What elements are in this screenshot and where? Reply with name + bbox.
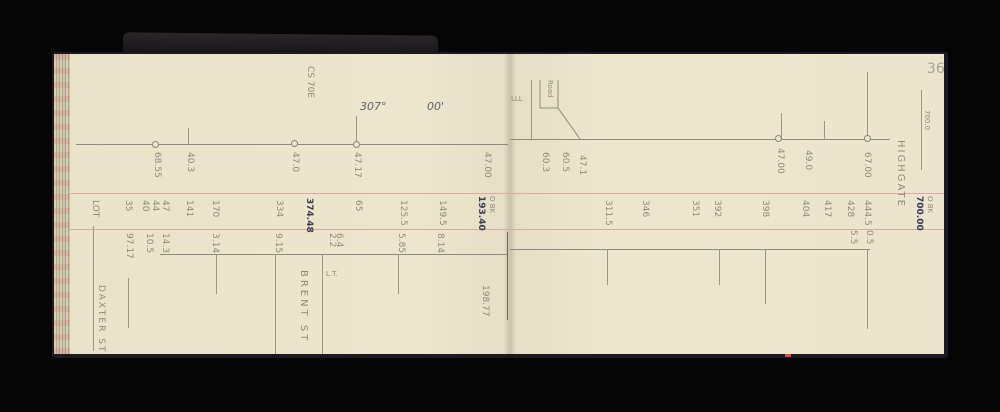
profile-tick [867,72,868,139]
lot-line [322,254,323,354]
middle-reading: 141 [184,200,194,217]
lower-reading: 97.17 [124,233,134,259]
upper-reading: 47.0 [290,152,300,172]
road-label: Road [546,80,554,98]
profile-tick [356,116,357,144]
station-marker [775,135,782,142]
station-marker [152,141,159,148]
station-marker [864,135,871,142]
middle-reading: 398 [760,200,770,217]
lower-reading: 9.15 [273,233,283,253]
middle-reading: 351 [690,200,700,217]
middle-reading: 170 [210,200,220,217]
red-rule-lower [70,229,944,230]
lower-reading: 5.5 [848,230,858,244]
red-rule-upper [70,193,944,194]
notebook-page-edges [54,54,70,354]
upper-reading: 47.1 [577,155,587,175]
middle-reading: 65 [353,200,363,211]
upper-reading: 60.3 [540,152,550,172]
lot-note: L.T. [326,270,338,278]
lower-profile-line-left [160,254,508,255]
bookmark-ribbon-tab [785,354,791,357]
middle-reading: 346 [640,200,650,217]
benchmark-value: 700.00 [914,196,924,231]
benchmark-label: O BK [926,196,934,213]
margin-line [921,90,922,170]
upper-reading: 47.00 [482,152,492,178]
middle-reading: 125.5 [398,200,408,226]
lot-line [607,249,608,285]
profile-tick [188,128,189,144]
middle-reading: 47 [160,200,170,211]
profile-tick [824,121,825,139]
lot-line [216,254,217,294]
lot-line [275,254,276,354]
street-label-brent: BRENT ST [298,270,309,343]
benchmark-label: O BK [488,196,496,213]
upper-reading: 40.3 [185,152,195,172]
street-label-daxter: DAXTER ST [96,285,106,353]
road-section-sketch-icon [528,75,588,141]
lower-reading: 8.14 [435,233,445,253]
middle-reading: 35 [123,200,133,211]
lower-reading: 5.85 [396,233,406,253]
spine-small-label: LLL [511,95,523,103]
station-marker [353,141,360,148]
middle-reading: 149.5 [437,200,447,226]
lot-line [398,254,399,294]
lower-reading: 10.5 [144,233,154,253]
bearing-minutes: 00' [427,100,444,113]
lower-reading: 0.5 [864,230,874,244]
middle-reading: LOT [90,200,100,217]
middle-reading: 428 [845,200,855,217]
middle-reading: 417 [822,200,832,217]
middle-reading: 444.5 [862,200,872,226]
bearing-degrees: 307° [360,100,387,113]
upper-reading: 47.00 [775,148,785,174]
middle-reading: 44 [150,200,160,211]
top-left-label: CS 70E [305,66,315,98]
lower-profile-line-right [510,249,870,250]
lot-line [128,278,129,328]
lot-line [719,249,720,285]
lower-reading: 3.14 [210,233,220,253]
lot-line [93,226,94,351]
right-margin-value: 700.0 [923,110,931,130]
distance-label: 198.77 [480,285,490,317]
upper-reading: 47.17 [352,152,362,178]
street-label-highgate: HIGHGATE [895,140,906,208]
lower-reading: 14.3 [160,233,170,253]
middle-reading: 392 [712,200,722,217]
page-number: 36 [927,61,945,77]
upper-reading: 67.00 [862,152,872,178]
upper-reading: 68.55 [152,152,162,178]
benchmark-value: 193.40 [476,196,486,231]
distance-arrow [507,232,508,320]
lower-reading: 6.4 [334,233,344,247]
profile-tick [781,113,782,139]
middle-reading: 40 [140,200,150,211]
lot-line [765,249,766,304]
benchmark-value: 374.48 [304,198,314,233]
station-marker [291,140,298,147]
middle-reading: 311.5 [603,200,613,226]
upper-reading: 60.5 [560,152,570,172]
middle-reading: 404 [800,200,810,217]
lot-line [867,249,868,329]
middle-reading: 334 [274,200,284,217]
upper-reading: 49.0 [803,150,813,170]
